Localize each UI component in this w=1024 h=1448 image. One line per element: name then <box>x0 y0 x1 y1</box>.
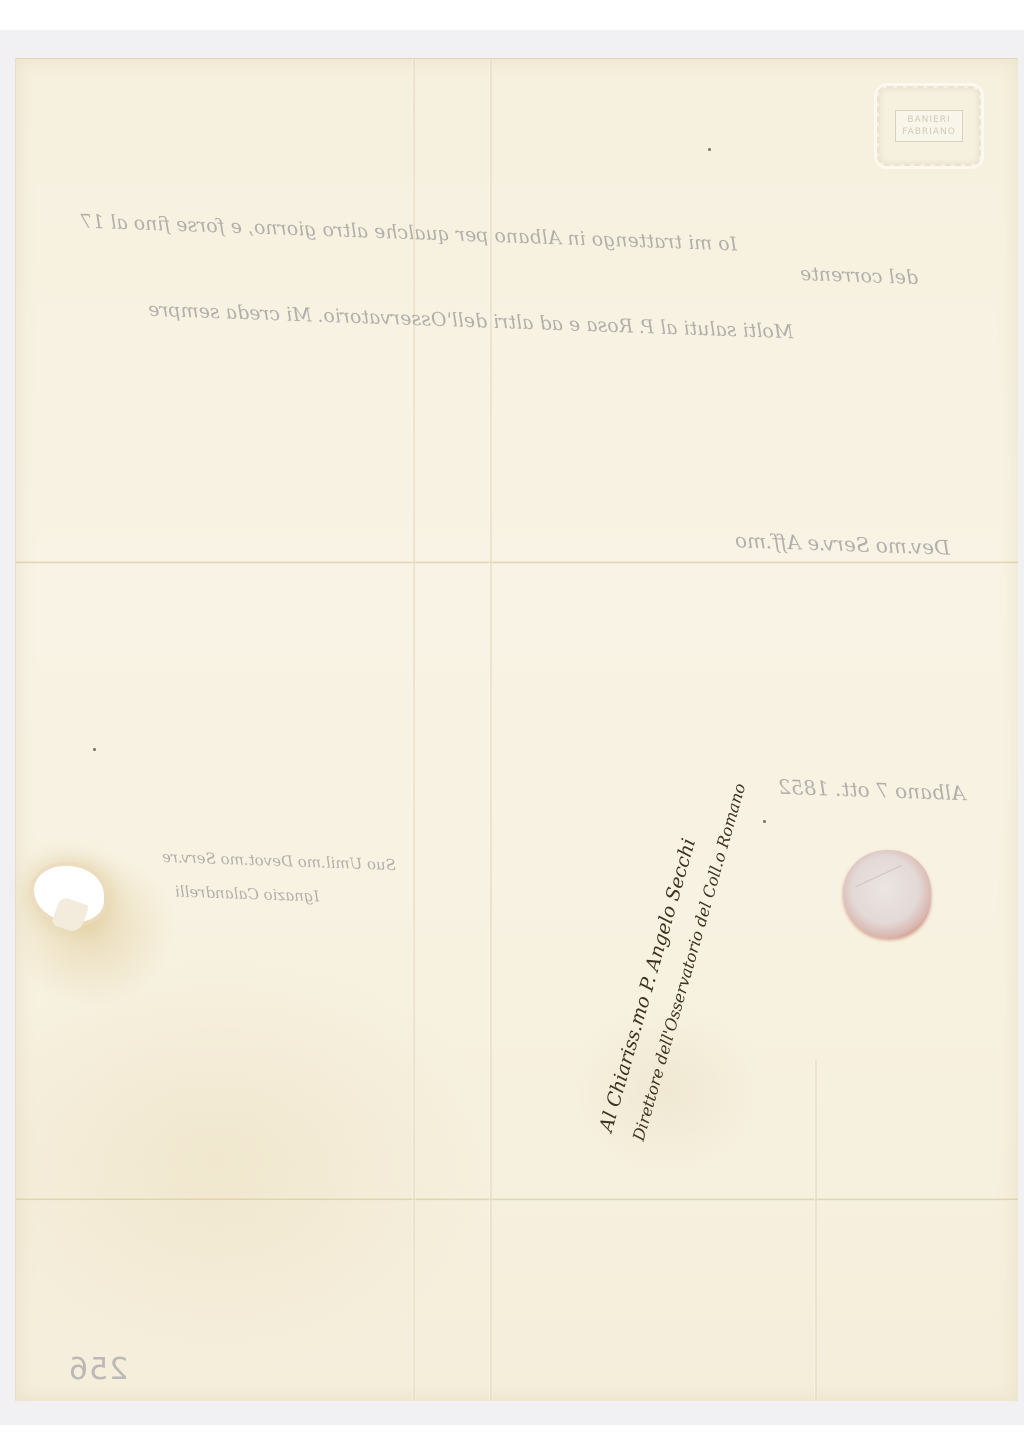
seal-impression <box>856 865 917 920</box>
letter-sheet <box>15 58 1018 1401</box>
ink-speck <box>93 748 96 751</box>
vertical-fold-line <box>489 59 493 1401</box>
stamp-line-2: FABRIANO <box>902 126 956 138</box>
ink-speck <box>708 148 711 151</box>
bleed-through-line-2: del corrente <box>800 263 919 289</box>
vertical-fold-line <box>412 59 416 1401</box>
ink-speck <box>763 820 766 823</box>
stamp-line-1: BANIERI <box>902 114 956 126</box>
horizontal-fold-line <box>16 561 1018 564</box>
embossed-paper-stamp: BANIERI FABRIANO <box>877 86 981 166</box>
archive-catalog-number: 256 <box>68 1352 128 1387</box>
wax-seal <box>843 850 931 938</box>
vertical-fold-line <box>814 1059 818 1401</box>
horizontal-fold-line <box>16 1198 1018 1201</box>
